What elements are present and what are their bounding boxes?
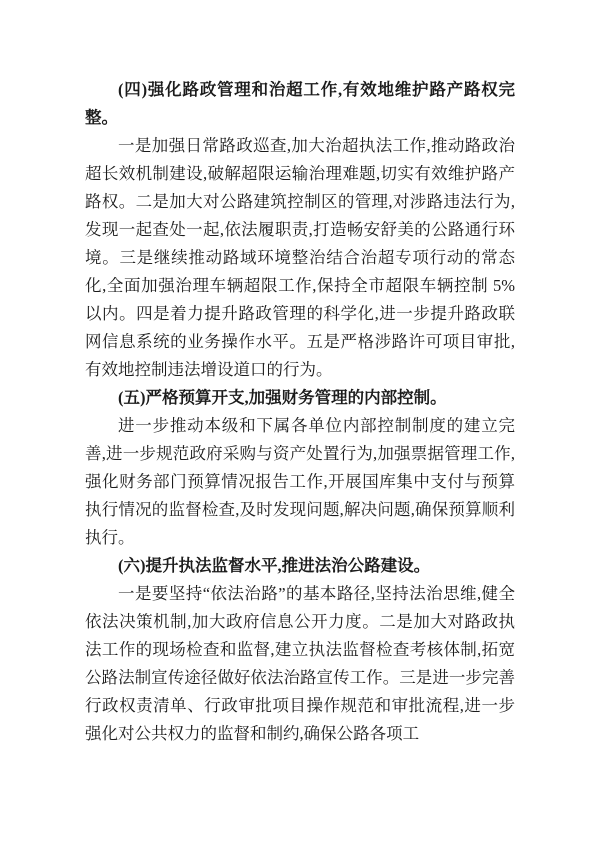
section-heading-6: (六)提升执法监督水平,推进法治公路建设。 bbox=[85, 552, 515, 580]
document-body: (四)强化路政管理和治超工作,有效地维护路产路权完整。 一是加强日常路政巡查,加… bbox=[85, 76, 515, 748]
section-heading-4: (四)强化路政管理和治超工作,有效地维护路产路权完整。 bbox=[85, 76, 515, 132]
section-5-paragraph: 进一步推动本级和下属各单位内部控制制度的建立完善,进一步规范政府采购与资产处置行… bbox=[85, 412, 515, 552]
section-6-paragraph: 一是要坚持“依法治路”的基本路径,坚持法治思维,健全依法决策机制,加大政府信息公… bbox=[85, 580, 515, 748]
section-heading-5: (五)严格预算开支,加强财务管理的内部控制。 bbox=[85, 384, 515, 412]
document-page: (四)强化路政管理和治超工作,有效地维护路产路权完整。 一是加强日常路政巡查,加… bbox=[0, 0, 600, 849]
section-4-paragraph: 一是加强日常路政巡查,加大治超执法工作,推动路政治超长效机制建设,破解超限运输治… bbox=[85, 132, 515, 384]
